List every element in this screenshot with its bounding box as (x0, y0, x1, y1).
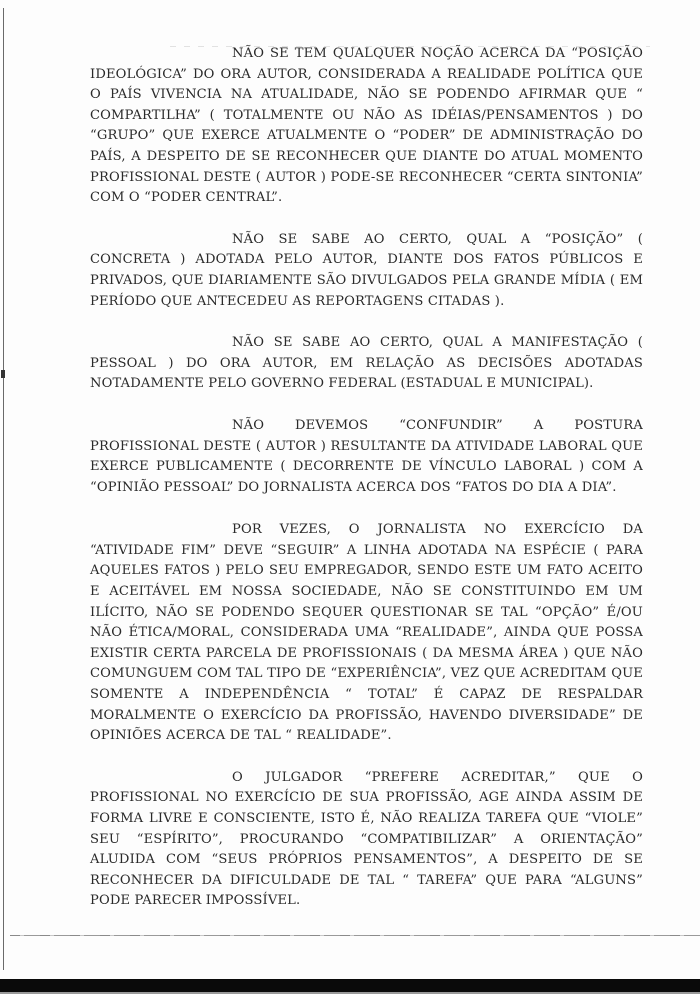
scan-bottom-edge (0, 979, 700, 992)
scanned-page: NÃO SE TEM QUALQUER NOÇÃO ACERCA DA “POS… (0, 0, 700, 994)
scan-margin-mark (1, 370, 5, 378)
paragraph-journalist-activity: POR VEZES, O JORNALISTA NO EXERCÍCIO DA … (90, 520, 643, 747)
scan-left-border (3, 8, 4, 970)
paragraph-judge-belief: O JULGADOR “PREFERE ACREDITAR,” QUE O PR… (90, 768, 643, 912)
document-body: NÃO SE TEM QUALQUER NOÇÃO ACERCA DA “POS… (90, 44, 643, 934)
paragraph-ideological-position: NÃO SE TEM QUALQUER NOÇÃO ACERCA DA “POS… (90, 44, 643, 209)
footer-divider (10, 935, 700, 936)
paragraph-personal-manifestation: NÃO SE SABE AO CERTO, QUAL A MANIFESTAÇÃ… (90, 333, 643, 395)
paragraph-concrete-position: NÃO SE SABE AO CERTO, QUAL A “POSIÇÃO” (… (90, 230, 643, 312)
paragraph-professional-posture: NÃO DEVEMOS “CONFUNDIR” A POSTURA PROFIS… (90, 416, 643, 498)
